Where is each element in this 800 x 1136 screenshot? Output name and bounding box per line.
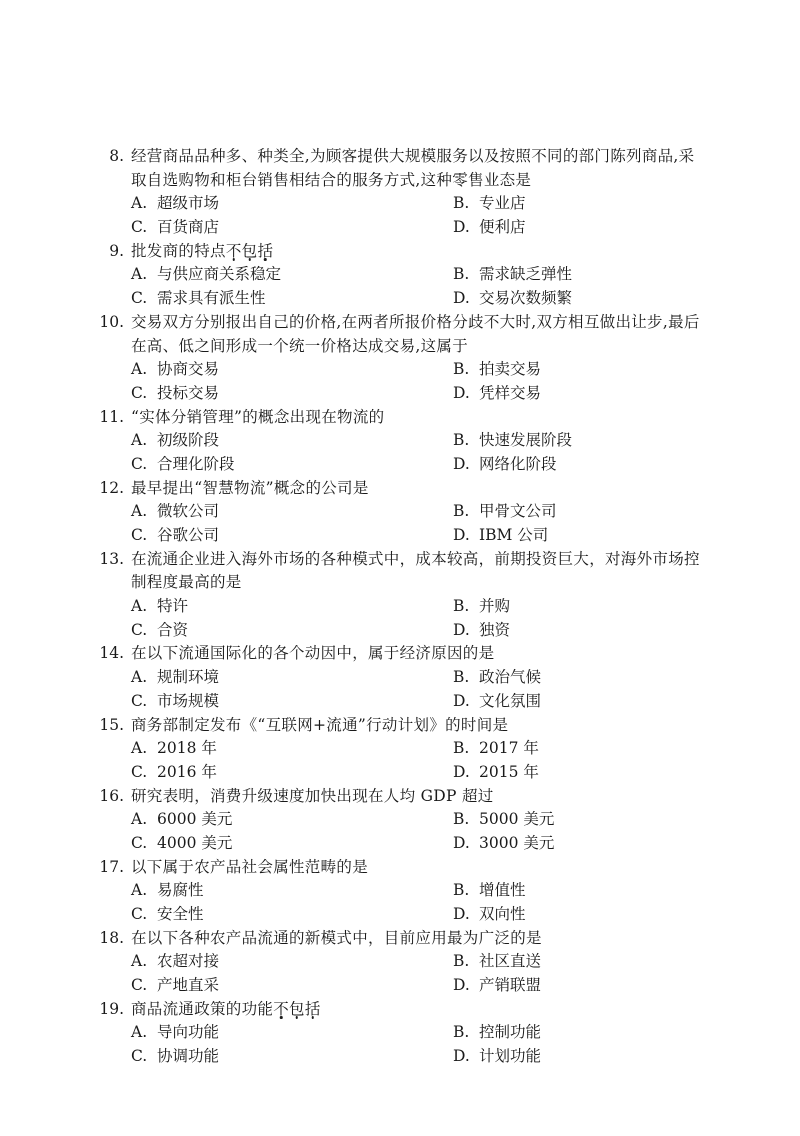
question-11: 11.“实体分销管理”的概念出现在物流的 A.初级阶段 B.快速发展阶段 C.合…	[0, 406, 800, 477]
option-c: C.协调功能	[131, 1045, 219, 1069]
emphasis-char: 包	[289, 1000, 305, 1018]
option-b: B.需求缺乏弹性	[453, 263, 572, 287]
question-number: 16.	[99, 785, 124, 809]
question-number: 9.	[109, 240, 124, 264]
question-number: 13.	[99, 548, 124, 572]
question-stem-continued: 在高、低之间形成一个统一价格达成交易,这属于	[131, 335, 468, 359]
question-stem: 商品流通政策的功能不包括	[131, 998, 321, 1022]
option-b: B.拍卖交易	[453, 358, 541, 382]
question-16: 16.研究表明，消费升级速度加快出现在人均 GDP 超过 A.6000 美元 B…	[0, 785, 800, 856]
question-stem: 商务部制定发布《“互联网+流通”行动计划》的时间是	[131, 714, 508, 738]
option-b: B.社区直送	[453, 950, 541, 974]
emphasis-char: 不	[273, 1000, 289, 1018]
option-d: D.3000 美元	[453, 832, 554, 856]
question-9: 9.批发商的特点不包括 A.与供应商关系稳定 B.需求缺乏弹性 C.需求具有派生…	[0, 240, 800, 311]
emphasis-char: 不	[226, 242, 242, 260]
question-number: 10.	[99, 311, 124, 335]
question-number: 19.	[99, 998, 124, 1022]
question-number: 11.	[99, 406, 124, 430]
option-a: A.规制环境	[131, 666, 219, 690]
question-stem: 以下属于农产品社会属性范畴的是	[131, 856, 368, 880]
question-19: 19.商品流通政策的功能不包括 A.导向功能 B.控制功能 C.协调功能 D.计…	[0, 998, 800, 1069]
question-stem: 交易双方分别报出自己的价格,在两者所报价格分歧不大时,双方相互做出让步,最后	[131, 311, 700, 335]
option-c: C.百货商店	[131, 216, 219, 240]
emphasis-char: 包	[242, 242, 258, 260]
question-stem: 批发商的特点不包括	[131, 240, 273, 264]
option-b: B.并购	[453, 595, 510, 619]
option-a: A.与供应商关系稳定	[131, 263, 281, 287]
option-c: C.安全性	[131, 903, 204, 927]
option-c: C.合理化阶段	[131, 453, 235, 477]
question-14: 14.在以下流通国际化的各个动因中，属于经济原因的是 A.规制环境 B.政治气候…	[0, 642, 800, 713]
option-d: D.独资	[453, 619, 510, 643]
question-stem: 在以下各种农产品流通的新模式中，目前应用最为广泛的是	[131, 927, 542, 951]
option-a: A.农超对接	[131, 950, 219, 974]
question-stem: 在流通企业进入海外市场的各种模式中，成本较高，前期投资巨大，对海外市场控	[131, 548, 700, 572]
emphasis-char: 括	[257, 242, 273, 260]
question-number: 15.	[99, 714, 124, 738]
question-stem: 研究表明，消费升级速度加快出现在人均 GDP 超过	[131, 785, 494, 809]
option-b: B.5000 美元	[453, 808, 554, 832]
option-a: A.导向功能	[131, 1021, 219, 1045]
question-18: 18.在以下各种农产品流通的新模式中，目前应用最为广泛的是 A.农超对接 B.社…	[0, 927, 800, 998]
option-a: A.特许	[131, 595, 188, 619]
option-d: D.2015 年	[453, 761, 539, 785]
option-a: A.超级市场	[131, 192, 219, 216]
option-b: B.政治气候	[453, 666, 541, 690]
question-stem-continued: 取自选购物和柜台销售相结合的服务方式,这种零售业态是	[131, 169, 531, 193]
option-d: D.IBM 公司	[453, 524, 548, 548]
option-c: C.投标交易	[131, 382, 219, 406]
option-d: D.计划功能	[453, 1045, 541, 1069]
option-d: D.凭样交易	[453, 382, 541, 406]
option-d: D.双向性	[453, 903, 526, 927]
option-a: A.6000 美元	[131, 808, 232, 832]
option-d: D.文化氛围	[453, 690, 541, 714]
option-c: C.合资	[131, 619, 188, 643]
option-b: B.控制功能	[453, 1021, 541, 1045]
option-b: B.2017 年	[453, 737, 539, 761]
question-number: 17.	[99, 856, 124, 880]
option-c: C.市场规模	[131, 690, 219, 714]
option-d: D.便利店	[453, 216, 526, 240]
option-d: D.交易次数频繁	[453, 287, 572, 311]
option-a: A.初级阶段	[131, 429, 219, 453]
question-number: 14.	[99, 642, 124, 666]
question-17: 17.以下属于农产品社会属性范畴的是 A.易腐性 B.增值性 C.安全性 D.双…	[0, 856, 800, 927]
emphasis-char: 括	[305, 1000, 321, 1018]
option-b: B.快速发展阶段	[453, 429, 572, 453]
option-a: A.2018 年	[131, 737, 217, 761]
option-d: D.产销联盟	[453, 974, 541, 998]
option-c: C.需求具有派生性	[131, 287, 266, 311]
option-b: B.甲骨文公司	[453, 500, 557, 524]
question-stem: 经营商品品种多、种类全,为顾客提供大规模服务以及按照不同的部门陈列商品,采	[131, 145, 694, 169]
question-number: 18.	[99, 927, 124, 951]
option-a: A.协商交易	[131, 358, 219, 382]
question-number: 8.	[109, 145, 124, 169]
option-c: C.谷歌公司	[131, 524, 219, 548]
option-d: D.网络化阶段	[453, 453, 557, 477]
question-stem: “实体分销管理”的概念出现在物流的	[131, 406, 384, 430]
question-13: 13.在流通企业进入海外市场的各种模式中，成本较高，前期投资巨大，对海外市场控 …	[0, 548, 800, 643]
option-c: C.产地直采	[131, 974, 219, 998]
option-c: C.2016 年	[131, 761, 217, 785]
question-stem-continued: 制程度最高的是	[131, 571, 242, 595]
question-15: 15.商务部制定发布《“互联网+流通”行动计划》的时间是 A.2018 年 B.…	[0, 714, 800, 785]
option-a: A.微软公司	[131, 500, 219, 524]
question-12: 12.最早提出“智慧物流”概念的公司是 A.微软公司 B.甲骨文公司 C.谷歌公…	[0, 477, 800, 548]
question-stem: 最早提出“智慧物流”概念的公司是	[131, 477, 369, 501]
option-b: B.增值性	[453, 879, 526, 903]
question-10: 10.交易双方分别报出自己的价格,在两者所报价格分歧不大时,双方相互做出让步,最…	[0, 311, 800, 406]
exam-page: 8.经营商品品种多、种类全,为顾客提供大规模服务以及按照不同的部门陈列商品,采 …	[0, 145, 800, 1069]
option-c: C.4000 美元	[131, 832, 232, 856]
option-a: A.易腐性	[131, 879, 204, 903]
question-number: 12.	[99, 477, 124, 501]
question-stem: 在以下流通国际化的各个动因中，属于经济原因的是	[131, 642, 494, 666]
option-b: B.专业店	[453, 192, 526, 216]
question-8: 8.经营商品品种多、种类全,为顾客提供大规模服务以及按照不同的部门陈列商品,采 …	[0, 145, 800, 240]
